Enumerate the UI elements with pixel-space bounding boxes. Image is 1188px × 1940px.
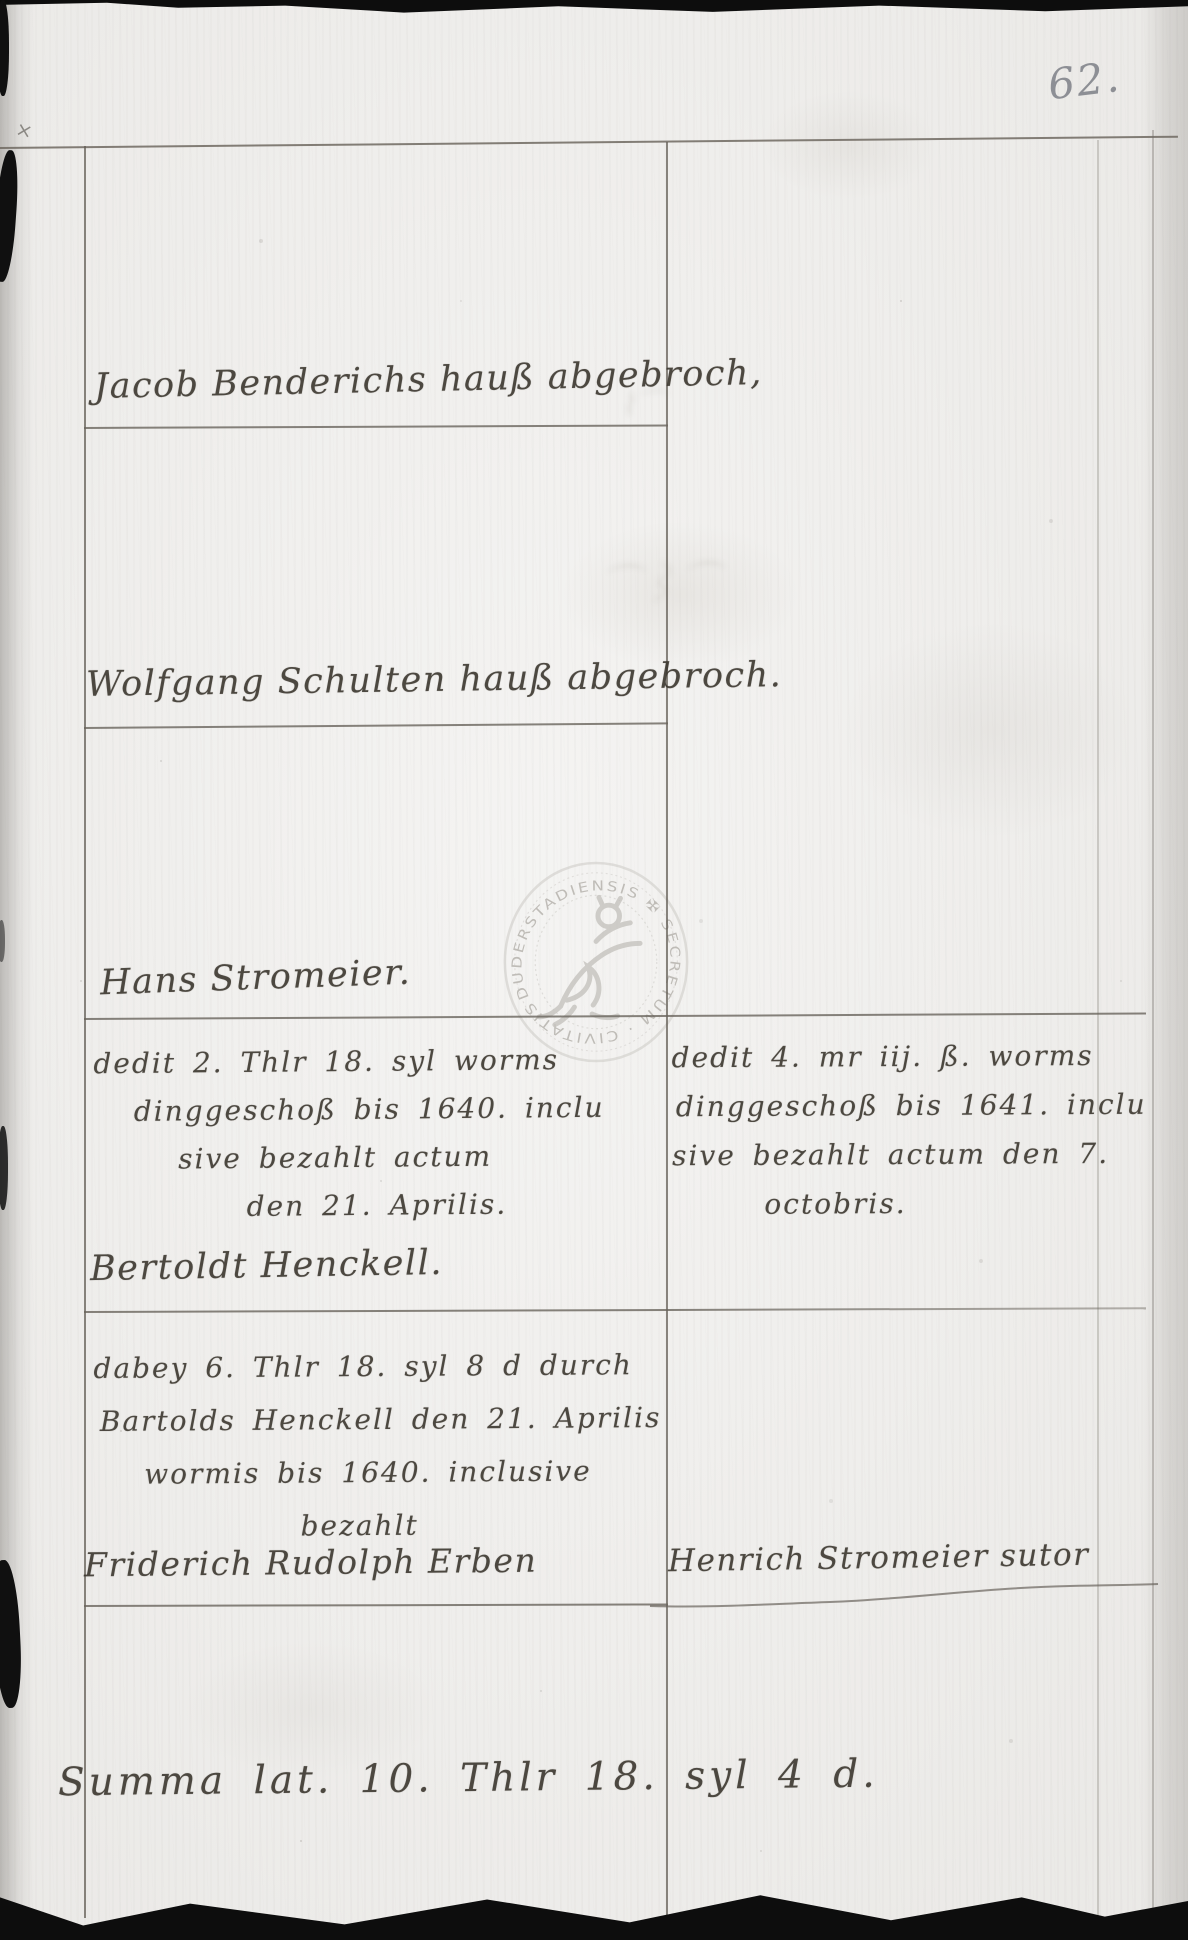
manuscript-scan: ⌒⌇⌒ ⌇⌒ DUDERSTADIENSIS ✠ SECRETUM · CIVI… bbox=[0, 0, 1188, 1940]
column-line-center bbox=[666, 142, 668, 1918]
note-line: octobris. bbox=[764, 1178, 1147, 1229]
lion-rampant-icon bbox=[539, 897, 640, 1024]
note-line: den 21. Aprilis. bbox=[246, 1180, 605, 1231]
note-line: Bartolds Henckell den 21. Aprilis bbox=[100, 1391, 662, 1448]
note-line: sive bezahlt actum den 7. bbox=[672, 1129, 1147, 1180]
note-line: dabey 6. Thlr 18. syl 8 d durch bbox=[93, 1338, 661, 1395]
page-number: 62. bbox=[1045, 52, 1123, 110]
entry-row4-name: Bertoldt Henckell. bbox=[90, 1243, 444, 1289]
note-line: dedit 2. Thlr 18. syl worms bbox=[93, 1036, 604, 1088]
entry-row5-left-name: Friderich Rudolph Erben bbox=[84, 1541, 538, 1585]
page-edge-line bbox=[1152, 130, 1154, 1920]
summary-line: Summa lat. 10. Thlr 18. syl 4 d. bbox=[58, 1752, 879, 1806]
note-line: sive bezahlt actum bbox=[178, 1132, 605, 1184]
column-line-left bbox=[84, 146, 86, 1918]
note-line: dinggeschoß bis 1641. inclu bbox=[676, 1080, 1147, 1131]
scan-edge-blob bbox=[0, 1126, 8, 1210]
note-line: dinggeschoß bis 1640. inclu bbox=[134, 1084, 605, 1136]
note-line: wormis bis 1640. inclusive bbox=[144, 1444, 662, 1501]
column-line-right bbox=[1097, 140, 1099, 1918]
row4-payment-note: dabey 6. Thlr 18. syl 8 d durch Bartolds… bbox=[93, 1338, 662, 1554]
entry-row5-right-name: Henrich Stromeier sutor bbox=[668, 1537, 1090, 1580]
note-line: dedit 4. mr iij. ß. worms bbox=[671, 1031, 1146, 1082]
row3-left-payment-note: dedit 2. Thlr 18. syl worms dinggeschoß … bbox=[93, 1036, 605, 1232]
row-divider-5-right-wavy bbox=[650, 1578, 1160, 1612]
row3-right-payment-note: dedit 4. mr iij. ß. worms dinggeschoß bi… bbox=[671, 1031, 1147, 1229]
page-fold-shadow bbox=[1142, 0, 1188, 1940]
